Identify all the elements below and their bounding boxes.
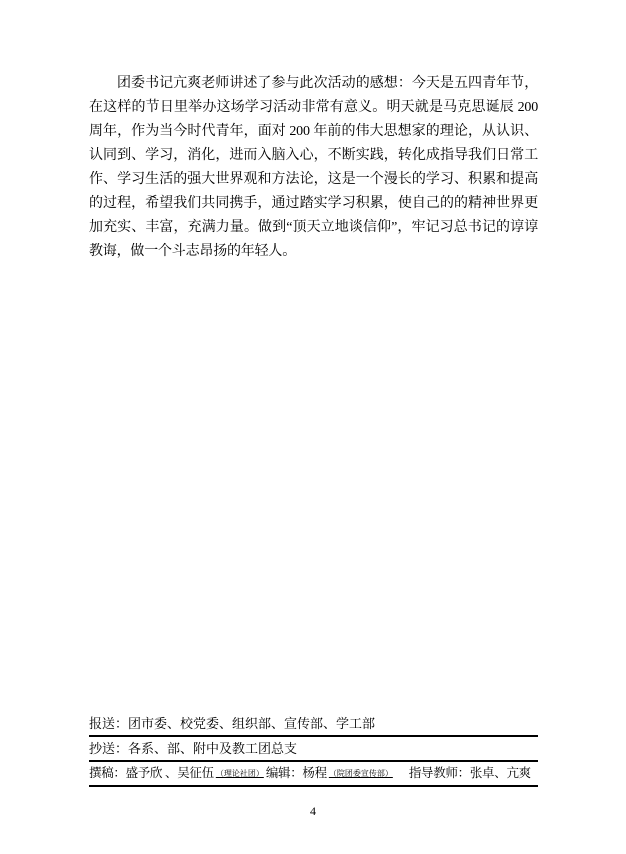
credits-advisors: 指导教师：张卓、亢爽	[409, 766, 531, 780]
footer-credits-line: 撰稿：盛予欣 、吴征伍（理论社团）编辑：杨程（院团委宣传部）指导教师：张卓、亢爽	[89, 762, 538, 787]
credits-editor-note: （院团委宣传部）	[329, 769, 393, 778]
page-number: 4	[0, 804, 626, 819]
credits-writers-note: （理论社团）	[216, 769, 264, 778]
footer-copy-line: 抄送：各系、部、附中及教工团总支	[89, 737, 538, 762]
credits-writers: 撰稿：盛予欣 、吴征伍	[89, 766, 214, 780]
footer-block: 报送：团市委、校党委、组织部、宣传部、学工部 抄送：各系、部、附中及教工团总支 …	[89, 712, 538, 787]
footer-report-line: 报送：团市委、校党委、组织部、宣传部、学工部	[89, 712, 538, 737]
credits-editor: 编辑：杨程	[266, 766, 327, 780]
document-page: 团委书记亢爽老师讲述了参与此次活动的感想：今天是五四青年节，在这样的节日里举办这…	[0, 0, 626, 854]
body-paragraph: 团委书记亢爽老师讲述了参与此次活动的感想：今天是五四青年节，在这样的节日里举办这…	[89, 72, 538, 264]
